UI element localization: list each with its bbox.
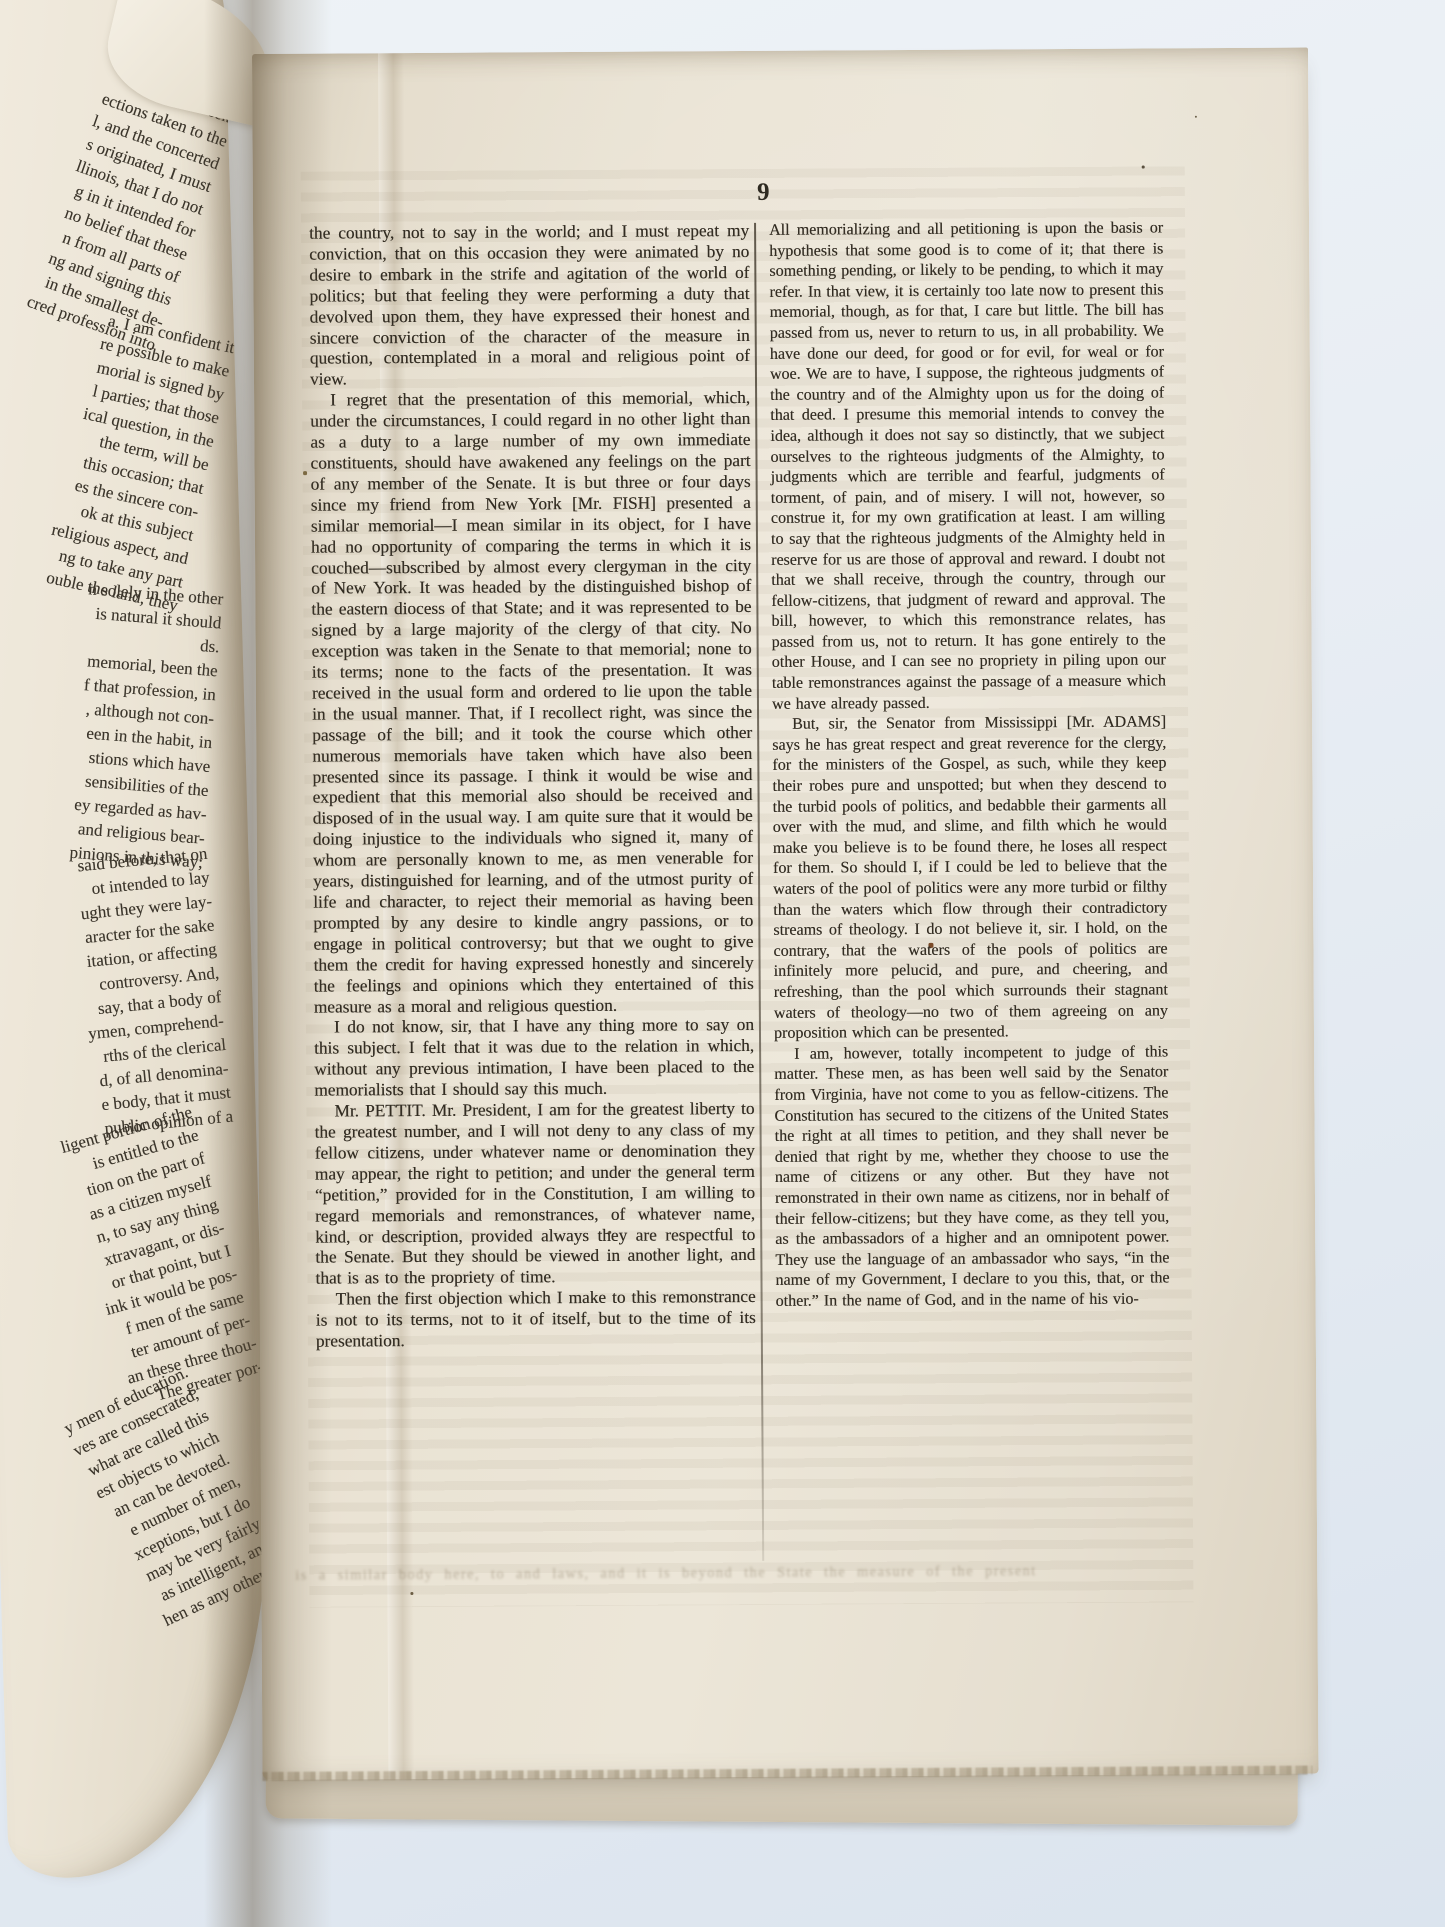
left-page-text-fragment: a. I am confident it re possible to make… xyxy=(0,281,237,618)
left-page-text-fragment: n solely in the other is natural it shou… xyxy=(0,568,224,875)
paragraph: I do not know, sir, that I have any thin… xyxy=(314,1015,755,1101)
paragraph: I regret that the presentation of this m… xyxy=(310,388,754,1018)
show-through-ghost-text: is a similar body here, to and laws, and… xyxy=(295,1562,1191,1584)
text-column-left: the country, not to say in the world; an… xyxy=(309,221,756,1353)
paragraph: Mr. PETTIT. Mr. President, I am for the … xyxy=(314,1099,755,1290)
paragraph: But, sir, the Senator from Mississippi [… xyxy=(772,713,1168,1045)
paragraph: All memorializing and all petitioning is… xyxy=(769,218,1166,715)
right-page: 9 the country, not to say in the world; … xyxy=(252,48,1319,1780)
pamphlet-photo: ska bill which have he past week. ection… xyxy=(0,0,1445,1927)
left-page-text-fragment: said before, that on ot intended to lay … xyxy=(0,842,234,1154)
paragraph: I am, however, totally incompetent to ju… xyxy=(774,1042,1170,1312)
paragraph: Then the first objection which I make to… xyxy=(316,1287,756,1352)
paragraph: the country, not to say in the world; an… xyxy=(309,221,750,391)
page-number: 9 xyxy=(739,179,789,207)
column-divider-rule xyxy=(754,223,764,1561)
paper-specks xyxy=(252,54,253,55)
text-column-right: All memorializing and all petitioning is… xyxy=(769,218,1170,1312)
left-page: ska bill which have he past week. ection… xyxy=(0,0,277,1879)
